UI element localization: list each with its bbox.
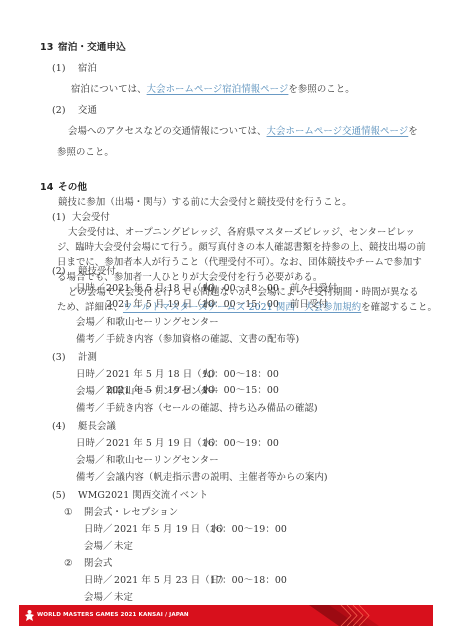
remarks: 会議内容（帆走指示書の説明、主催者等からの案内)	[106, 472, 328, 483]
transport-info-link[interactable]: 大会ホームページ交通情報ページ	[267, 126, 409, 137]
event-marker: ②	[64, 558, 84, 570]
section-title: その他	[58, 182, 87, 193]
document-page: 13宿泊・交通申込 (1)宿泊 宿泊については、大会ホームページ宿泊情報ページを…	[0, 0, 453, 640]
event-marker: ①	[64, 507, 84, 519]
time: 10：00～18：00	[202, 369, 290, 381]
venue: 未定	[114, 592, 133, 603]
text: 宿泊については、	[71, 84, 147, 95]
skippers-meeting-venue: 会場／和歌山セーリングセンター	[76, 455, 219, 467]
note: 前々日受付	[290, 283, 337, 294]
time: 16：00～19：00	[202, 438, 290, 450]
venue-label: 会場／	[76, 455, 106, 467]
venue: 未定	[114, 541, 133, 552]
wmg-event-2-date: 日時／2021 年 5 月 23 日（日）17：00～18：00	[84, 575, 298, 587]
date: 2021 年 5 月 19 日（水）	[106, 299, 202, 311]
remarks-label: 備考／	[76, 334, 106, 346]
subsection-label: (5)	[52, 490, 78, 502]
wmg-event-1-heading: ①開会式・レセプション	[64, 507, 178, 519]
venue-label: 会場／	[84, 541, 114, 553]
datetime-label: 日時／	[76, 283, 106, 295]
date: 2021 年 5 月 18 日（火）	[106, 283, 202, 295]
reception-para-line1: 大会受付は、オープニングビレッジ、各府県マスターズビレッジ、センタービレッ	[68, 227, 415, 239]
event-title: 開会式・レセプション	[84, 507, 178, 518]
remarks: 手続き内容（参加資格の確認、文書の配布等)	[106, 334, 299, 345]
transport-paragraph-line1: 会場へのアクセスなどの交通情報については、大会ホームページ交通情報ページを	[68, 126, 418, 138]
note: 前日受付	[290, 299, 328, 310]
date: 2021 年 5 月 19 日（水）	[106, 438, 202, 450]
time: 16：00～19：00	[210, 524, 298, 536]
footer-title: WORLD MASTERS GAMES 2021 KANSAI / JAPAN	[37, 610, 189, 621]
section-number: 13	[40, 42, 58, 54]
subsection-title: WMG2021 関西交流イベント	[78, 490, 208, 501]
lodging-paragraph: 宿泊については、大会ホームページ宿泊情報ページを参照のこと。	[71, 84, 355, 96]
text: を参照のこと。	[288, 84, 354, 95]
subsection-label: (2)	[52, 266, 78, 278]
subsection-title: 大会受付	[72, 212, 110, 223]
time: 10：00～15：00	[202, 299, 290, 311]
subsection-label: (1)	[52, 212, 72, 224]
event-registration-remarks: 備考／手続き内容（参加資格の確認、文書の配布等)	[76, 334, 299, 346]
wmg-event-2-heading: ②閉会式	[64, 558, 112, 570]
venue: 和歌山セーリングセンター	[106, 386, 219, 397]
text: 会場へのアクセスなどの交通情報については、	[68, 126, 267, 137]
subsection-title: 計測	[78, 352, 97, 363]
transport-paragraph-line2: 参照のこと。	[57, 147, 114, 159]
venue: 和歌山セーリングセンター	[106, 455, 219, 466]
section-number: 14	[40, 182, 58, 194]
reception-para-line2: ジ、臨時大会受付会場にて行う。顔写真付きの本人確認書類を持参の上、競技出場の前	[57, 242, 426, 254]
footer-stripe-decoration	[289, 605, 433, 626]
datetime-label: 日時／	[84, 575, 114, 587]
datetime-label: 日時／	[76, 438, 106, 450]
time: 10：00～18：00	[202, 283, 290, 295]
subsection-title: 宿泊	[78, 63, 97, 74]
subsection-label: (1)	[52, 63, 78, 75]
remarks: 手続き内容（セールの確認、持ち込み備品の確認)	[106, 403, 318, 414]
skippers-meeting-date: 日時／2021 年 5 月 19 日（水）16：00～19：00	[76, 438, 290, 450]
subsection-label: (2)	[52, 105, 78, 117]
event-registration-date-2: 2021 年 5 月 19 日（水）10：00～15：00前日受付	[76, 299, 328, 311]
lodging-info-link[interactable]: 大会ホームページ宿泊情報ページ	[147, 84, 289, 95]
measurement-remarks: 備考／手続き内容（セールの確認、持ち込み備品の確認)	[76, 403, 318, 415]
subsection-13-2-heading: (2)交通	[52, 105, 97, 117]
date: 2021 年 5 月 23 日（日）	[114, 575, 210, 587]
section-title: 宿泊・交通申込	[58, 42, 126, 53]
venue-label: 会場／	[84, 592, 114, 604]
measurement-date-1: 日時／2021 年 5 月 18 日（火）10：00～18：00	[76, 369, 290, 381]
skippers-meeting-remarks: 備考／会議内容（帆走指示書の説明、主催者等からの案内)	[76, 472, 328, 484]
wmg-event-1-venue: 会場／未定	[84, 541, 133, 553]
wmg-event-1-date: 日時／2021 年 5 月 19 日（水）16：00～19：00	[84, 524, 298, 536]
section-13-heading: 13宿泊・交通申込	[40, 42, 126, 54]
subsection-label: (3)	[52, 352, 78, 364]
wmg-logo-icon	[24, 609, 35, 622]
measurement-venue: 会場／和歌山セーリングセンター	[76, 386, 219, 398]
venue: 和歌山セーリングセンター	[106, 317, 219, 328]
subsection-14-5-heading: (5)WMG2021 関西交流イベント	[52, 490, 208, 502]
datetime-label: 日時／	[76, 369, 106, 381]
text: を確認すること。	[361, 302, 437, 313]
event-title: 閉会式	[84, 558, 112, 569]
venue-label: 会場／	[76, 317, 106, 329]
section-14-intro: 競技に参加（出場・関与）する前に大会受付と競技受付を行うこと。	[58, 197, 352, 209]
datetime-label: 日時／	[84, 524, 114, 536]
subsection-14-4-heading: (4)艇長会議	[52, 421, 116, 433]
subsection-14-2-heading: (2)競技受付	[52, 266, 116, 278]
time: 17：00～18：00	[210, 575, 298, 587]
footer-banner: WORLD MASTERS GAMES 2021 KANSAI / JAPAN	[19, 605, 433, 626]
event-registration-venue: 会場／和歌山セーリングセンター	[76, 317, 219, 329]
remarks-label: 備考／	[76, 472, 106, 484]
subsection-label: (4)	[52, 421, 78, 433]
event-registration-date-1: 日時／2021 年 5 月 18 日（火）10：00～18：00前々日受付	[76, 283, 337, 295]
venue-label: 会場／	[76, 386, 106, 398]
date: 2021 年 5 月 19 日（水）	[114, 524, 210, 536]
remarks-label: 備考／	[76, 403, 106, 415]
date: 2021 年 5 月 18 日（火）	[106, 369, 202, 381]
section-14-heading: 14その他	[40, 182, 87, 194]
wmg-event-2-venue: 会場／未定	[84, 592, 133, 604]
subsection-14-1-heading: (1)大会受付	[52, 212, 110, 224]
subsection-title: 交通	[78, 105, 97, 116]
subsection-14-3-heading: (3)計測	[52, 352, 97, 364]
subsection-title: 競技受付	[78, 266, 116, 277]
subsection-title: 艇長会議	[78, 421, 116, 432]
subsection-13-1-heading: (1)宿泊	[52, 63, 97, 75]
text: を	[408, 126, 417, 137]
